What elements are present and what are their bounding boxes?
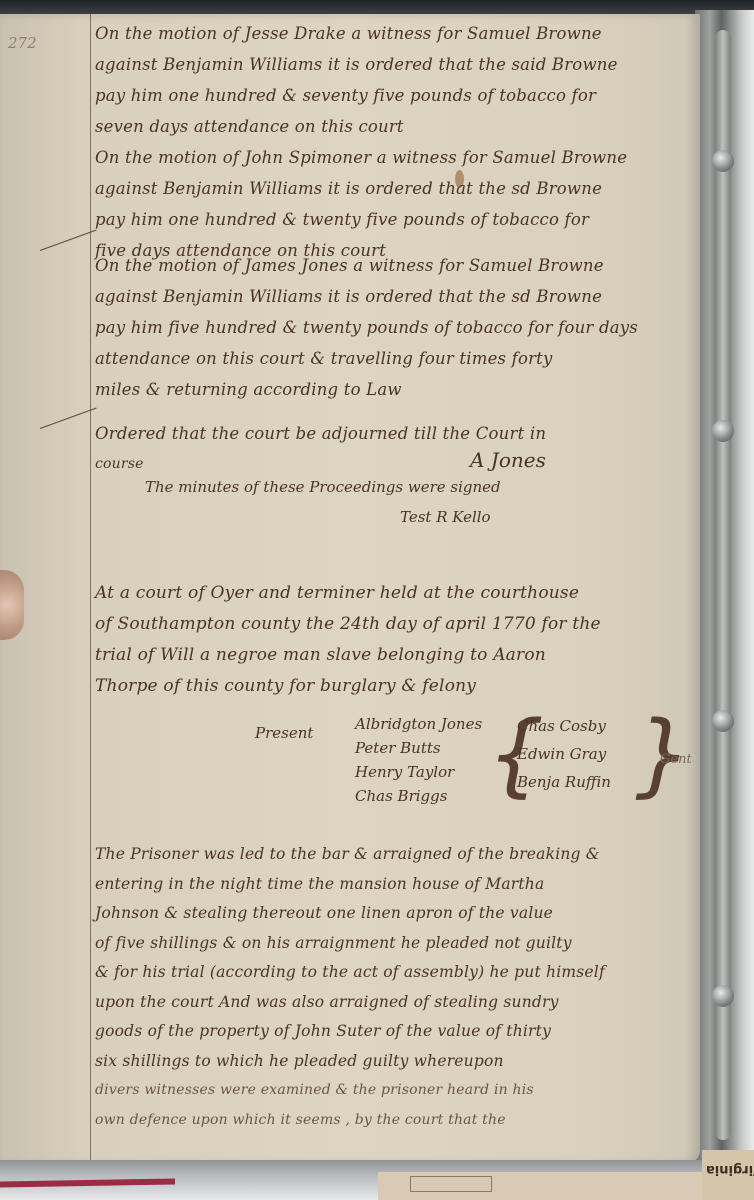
attest-r-kello: Test R Kello: [400, 508, 491, 526]
entry-jesse-drake: On the motion of Jesse Drake a witness f…: [95, 18, 655, 142]
entry-line: against Benjamin Williams it is ordered …: [95, 173, 655, 204]
margin-rule: [90, 14, 91, 1164]
justice-name: Chas Briggs: [355, 784, 482, 808]
heading-line: At a court of Oyer and terminer held at …: [95, 578, 655, 609]
entry-line: On the motion of James Jones a witness f…: [95, 250, 655, 281]
page-number: 272: [8, 34, 37, 52]
heading-line: Thorpe of this county for burglary & fel…: [95, 671, 655, 702]
justice-name: Albridgton Jones: [355, 712, 482, 736]
present-label: Present: [255, 724, 313, 742]
justice-name: Edwin Gray: [517, 740, 611, 768]
oyer-terminer-heading: At a court of Oyer and terminer held at …: [95, 578, 655, 702]
entry-james-jones: On the motion of James Jones a witness f…: [95, 250, 655, 405]
proceedings-line: six shillings to which he pleaded guilty…: [95, 1047, 655, 1077]
entry-line: On the motion of John Spimoner a witness…: [95, 142, 655, 173]
archive-label-text: Virginia: [706, 1162, 754, 1177]
binder-ring-3: [712, 710, 734, 732]
justice-name: Chas Cosby: [517, 712, 611, 740]
proceedings-line: & for his trial (according to the act of…: [95, 958, 655, 988]
thumb-holding-page: [0, 570, 24, 640]
gent-label: Gent: [660, 752, 692, 767]
present-justices: Present Albridgton Jones Peter Butts Hen…: [255, 712, 695, 822]
proceedings-line: own defence upon which it seems , by the…: [95, 1106, 655, 1136]
entry-line: pay him five hundred & twenty pounds of …: [95, 312, 655, 343]
minutes-signed-note: The minutes of these Proceedings were si…: [145, 478, 501, 496]
stamp-box: [410, 1176, 492, 1192]
binder-ring-1: [712, 150, 734, 172]
entry-line: attendance on this court & travelling fo…: [95, 343, 655, 374]
archive-label: Virginia: [702, 1150, 754, 1200]
entry-adjournment: Ordered that the court be adjourned till…: [95, 418, 655, 480]
binder-ring-4: [712, 985, 734, 1007]
heading-line: of Southampton county the 24th day of ap…: [95, 609, 655, 640]
trial-proceedings: The Prisoner was led to the bar & arraig…: [95, 840, 655, 1135]
proceedings-line: of five shillings & on his arraignment h…: [95, 929, 655, 959]
entry-line: miles & returning according to Law: [95, 374, 655, 405]
proceedings-line: entering in the night time the mansion h…: [95, 870, 655, 900]
justice-name: Peter Butts: [355, 736, 482, 760]
entry-line: seven days attendance on this court: [95, 111, 655, 142]
entry-line: Ordered that the court be adjourned till…: [95, 418, 655, 449]
justices-left-column: Albridgton Jones Peter Butts Henry Taylo…: [355, 712, 482, 808]
heading-line: trial of Will a negroe man slave belongi…: [95, 640, 655, 671]
entry-line: against Benjamin Williams it is ordered …: [95, 281, 655, 312]
top-shadow-band: [0, 0, 754, 14]
entry-line: course: [95, 449, 655, 480]
entry-line: On the motion of Jesse Drake a witness f…: [95, 18, 655, 49]
binder-ring-2: [712, 420, 734, 442]
proceedings-line: upon the court And was also arraigned of…: [95, 988, 655, 1018]
entry-line: pay him one hundred & twenty five pounds…: [95, 204, 655, 235]
justice-name: Henry Taylor: [355, 760, 482, 784]
entry-line: pay him one hundred & seventy five pound…: [95, 80, 655, 111]
binder-rail: [715, 30, 731, 1140]
justice-name: Benja Ruffin: [517, 768, 611, 796]
proceedings-line: goods of the property of John Suter of t…: [95, 1017, 655, 1047]
proceedings-line: divers witnesses were examined & the pri…: [95, 1076, 655, 1106]
proceedings-line: Johnson & stealing thereout one linen ap…: [95, 899, 655, 929]
entry-john-spimoner: On the motion of John Spimoner a witness…: [95, 142, 655, 266]
proceedings-line: The Prisoner was led to the bar & arraig…: [95, 840, 655, 870]
entry-line: against Benjamin Williams it is ordered …: [95, 49, 655, 80]
justices-right-column: Chas Cosby Edwin Gray Benja Ruffin: [517, 712, 611, 796]
signature-a-jones: A Jones: [470, 448, 546, 472]
